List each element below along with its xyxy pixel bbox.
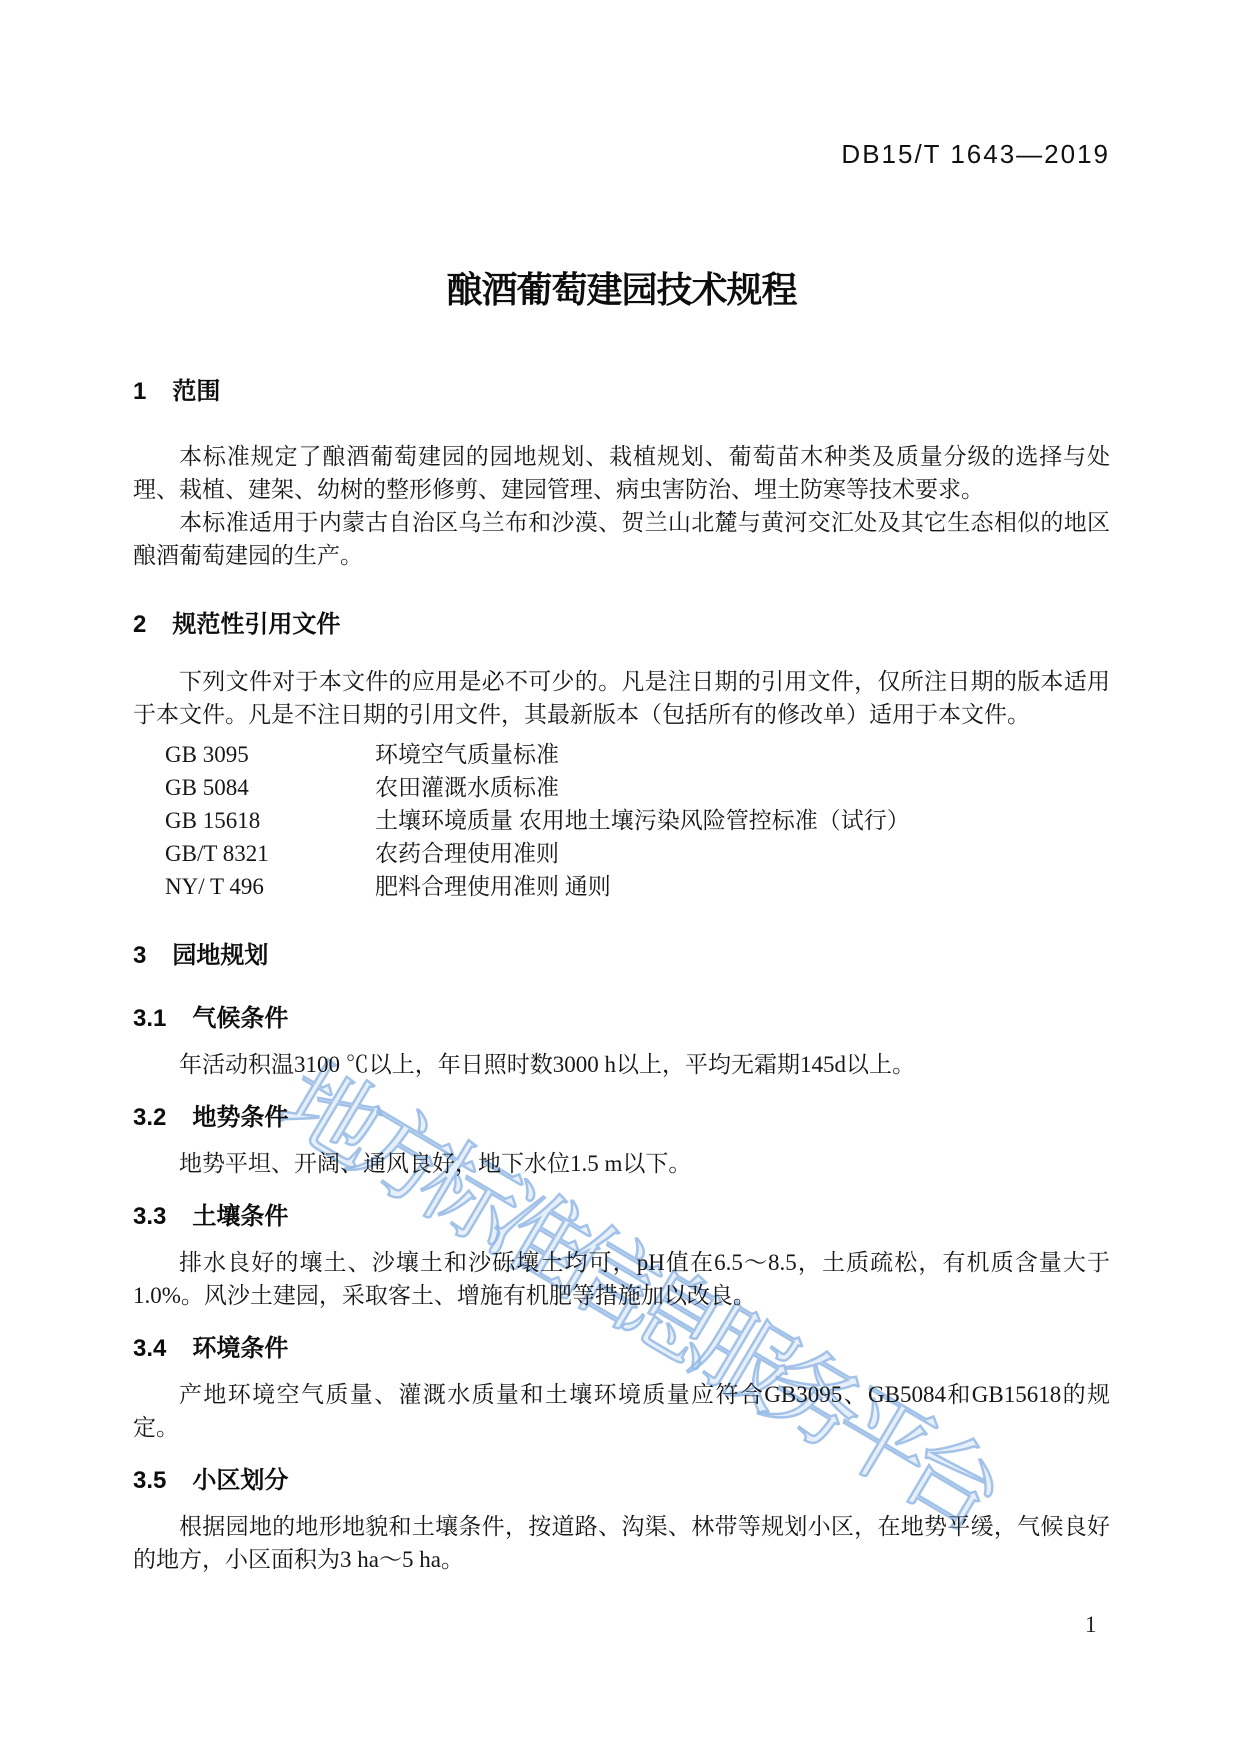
section-1-title: 范围	[172, 378, 220, 405]
document-title: 酿酒葡萄建园技术规程	[133, 269, 1110, 311]
section-3-1-title: 气候条件	[192, 1005, 288, 1032]
section-3-2-paragraph: 地势平坦、开阔、通风良好，地下水位1.5 m以下。	[133, 1147, 1110, 1180]
section-3-4-paragraph: 产地环境空气质量、灌溉水质量和土壤环境质量应符合GB3095、GB5084和GB…	[133, 1378, 1110, 1444]
section-3-4-heading: 3.4环境条件	[133, 1334, 1110, 1364]
reference-code: NY/ T 496	[165, 870, 375, 903]
section-1-paragraph-2: 本标准适用于内蒙古自治区乌兰布和沙漠、贺兰山北麓与黄河交汇处及其它生态相似的地区…	[133, 506, 1110, 572]
reference-title: 环境空气质量标准	[375, 742, 559, 767]
standard-code-header: DB15/T 1643—2019	[133, 0, 1110, 167]
reference-code: GB 5084	[165, 771, 375, 804]
reference-code: GB/T 8321	[165, 837, 375, 870]
section-3-5-number: 3.5	[133, 1467, 166, 1494]
reference-item: GB 15618土壤环境质量 农用地土壤污染风险管控标准（试行）	[133, 804, 1110, 837]
section-3-1-number: 3.1	[133, 1005, 166, 1032]
section-3-3-heading: 3.3土壤条件	[133, 1202, 1110, 1232]
section-1-paragraph-1: 本标准规定了酿酒葡萄建园的园地规划、栽植规划、葡萄苗木种类及质量分级的选择与处理…	[133, 440, 1110, 506]
section-2-title: 规范性引用文件	[172, 611, 340, 638]
section-3-number: 3	[133, 942, 146, 969]
section-3-2-title: 地势条件	[192, 1104, 288, 1131]
section-3-4-title: 环境条件	[192, 1335, 288, 1362]
document-page: 地方标准信息服务平台 DB15/T 1643—2019 酿酒葡萄建园技术规程 1…	[0, 0, 1241, 1754]
section-3-3-number: 3.3	[133, 1203, 166, 1230]
normative-reference-list: GB 3095环境空气质量标准 GB 5084农田灌溉水质标准 GB 15618…	[133, 738, 1110, 903]
reference-item: GB 3095环境空气质量标准	[133, 738, 1110, 771]
reference-title: 土壤环境质量 农用地土壤污染风险管控标准（试行）	[375, 808, 910, 833]
section-3-5-paragraph: 根据园地的地形地貌和土壤条件，按道路、沟渠、林带等规划小区，在地势平缓，气候良好…	[133, 1510, 1110, 1576]
section-2-number: 2	[133, 611, 146, 638]
section-3-2-number: 3.2	[133, 1104, 166, 1131]
section-1-heading: 1范围	[133, 377, 1110, 407]
reference-code: GB 15618	[165, 804, 375, 837]
section-1-number: 1	[133, 378, 146, 405]
reference-item: GB 5084农田灌溉水质标准	[133, 771, 1110, 804]
section-3-1-paragraph: 年活动积温3100 ℃以上，年日照时数3000 h以上，平均无霜期145d以上。	[133, 1048, 1110, 1081]
reference-title: 肥料合理使用准则 通则	[375, 874, 611, 899]
reference-code: GB 3095	[165, 738, 375, 771]
reference-title: 农药合理使用准则	[375, 841, 559, 866]
section-2-heading: 2规范性引用文件	[133, 610, 1110, 640]
section-3-1-heading: 3.1气候条件	[133, 1004, 1110, 1034]
reference-title: 农田灌溉水质标准	[375, 775, 559, 800]
page-content: DB15/T 1643—2019 酿酒葡萄建园技术规程 1范围 本标准规定了酿酒…	[0, 0, 1241, 1576]
section-3-3-title: 土壤条件	[192, 1203, 288, 1230]
section-3-4-number: 3.4	[133, 1335, 166, 1362]
reference-item: NY/ T 496肥料合理使用准则 通则	[133, 870, 1110, 903]
section-3-heading: 3园地规划	[133, 941, 1110, 971]
section-2-intro-paragraph: 下列文件对于本文件的应用是必不可少的。凡是注日期的引用文件，仅所注日期的版本适用…	[133, 665, 1110, 731]
reference-item: GB/T 8321农药合理使用准则	[133, 837, 1110, 870]
section-3-5-heading: 3.5小区划分	[133, 1466, 1110, 1496]
section-3-5-title: 小区划分	[192, 1467, 288, 1494]
section-3-3-paragraph: 排水良好的壤土、沙壤土和沙砾壤土均可，pH值在6.5～8.5，土质疏松，有机质含…	[133, 1246, 1110, 1312]
section-3-title: 园地规划	[172, 942, 268, 969]
page-number: 1	[1085, 1612, 1097, 1638]
section-3-2-heading: 3.2地势条件	[133, 1103, 1110, 1133]
